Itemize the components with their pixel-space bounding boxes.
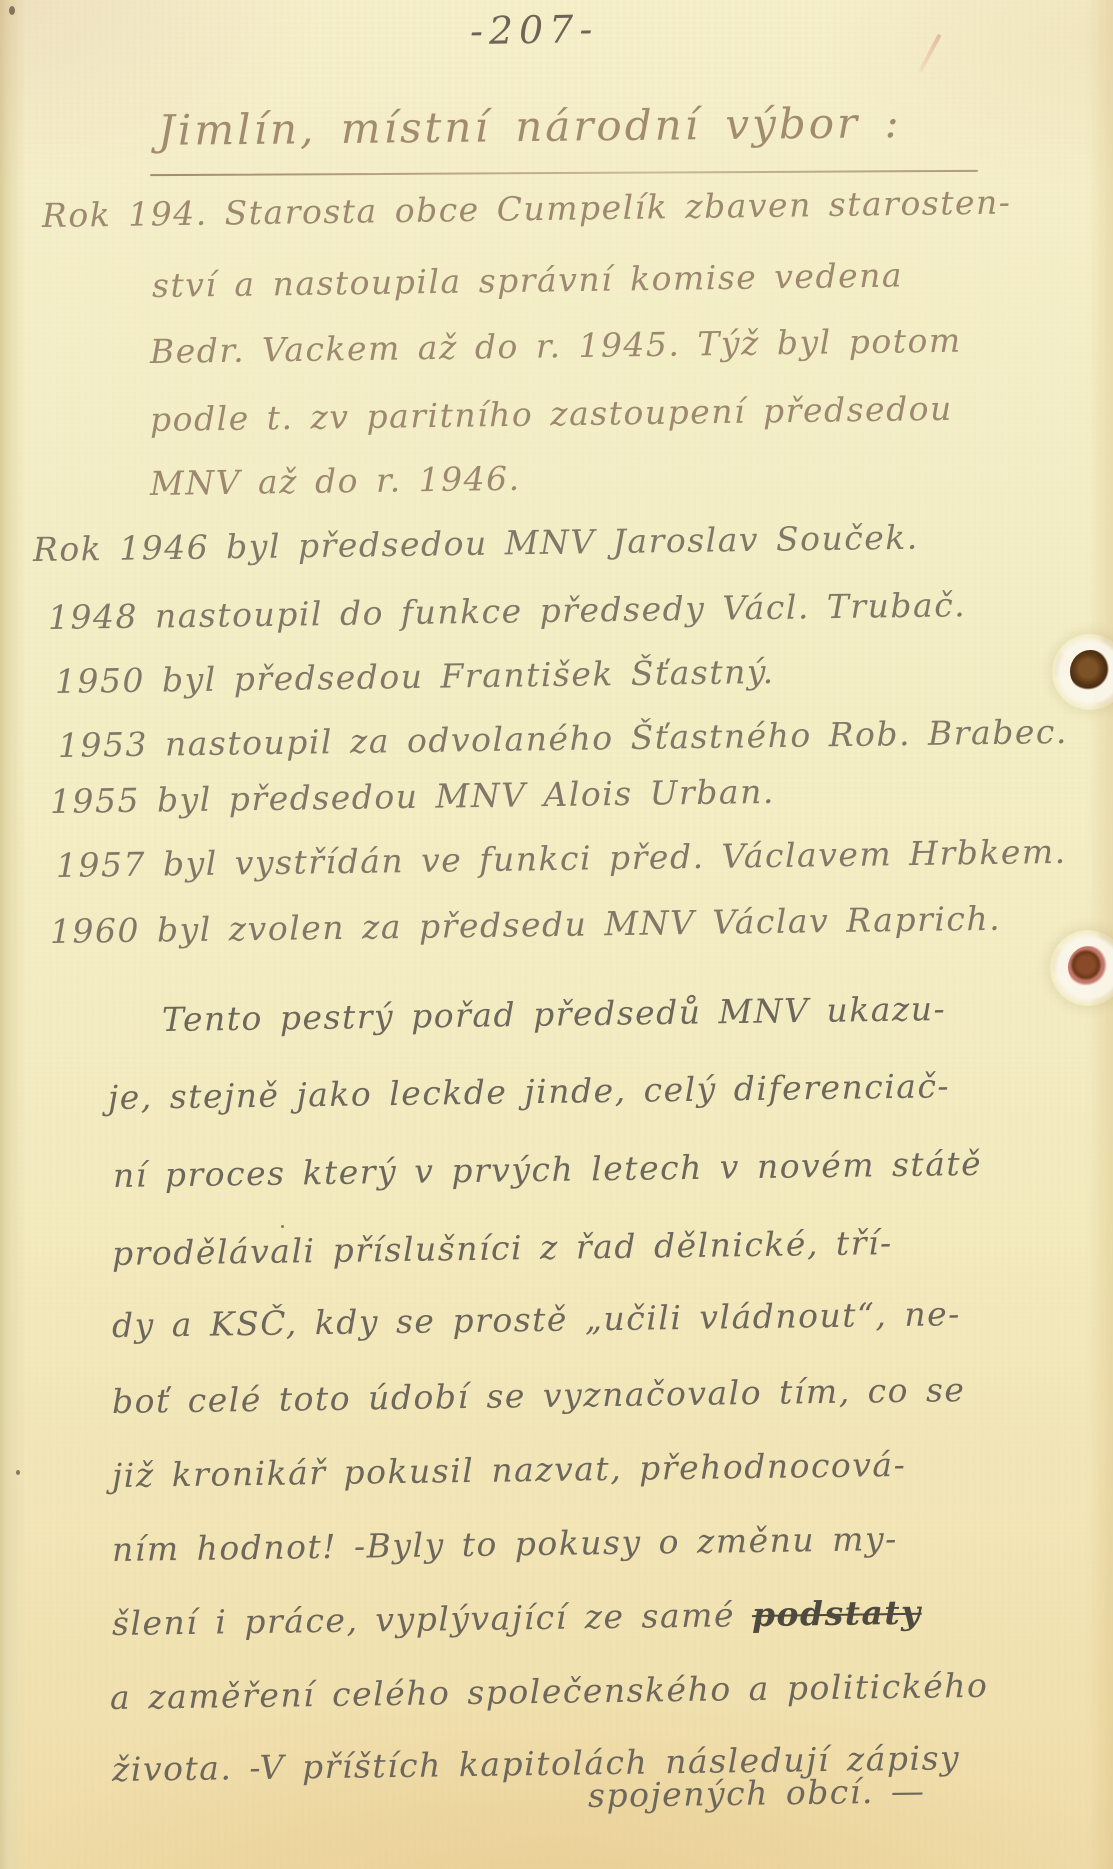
handwritten-line: ní proces který v prvých letech v novém …: [113, 1144, 983, 1196]
torn-paper-edge: [1054, 932, 1113, 1002]
line-text: šlení i práce, vyplývající ze samé: [112, 1595, 752, 1643]
chronicle-page-scan: { "page": { "number": "-207-", "title": …: [0, 0, 1113, 1869]
handwritten-line: spojených obcí. —: [588, 1771, 926, 1815]
handwritten-line: ním hodnot! -Byly to pokusy o změnu my-: [112, 1519, 898, 1570]
hole-halo: [1050, 930, 1113, 1006]
page-title: Jimlín, místní národní výbor :: [158, 98, 902, 155]
handwritten-line: Tento pestrý pořad předsedů MNV ukazu-: [162, 989, 947, 1040]
binding-hole-bottom: [1050, 930, 1113, 1006]
handwritten-line: Rok 1946 byl předsedou MNV Jaroslav Souč…: [33, 518, 919, 570]
overwritten-word: podstaty: [752, 1593, 922, 1634]
paper-speck: [9, 6, 15, 15]
handwritten-line: Bedr. Vackem až do r. 1945. Týž byl poto…: [150, 321, 962, 372]
handwritten-line: již kronikář pokusil nazvat, přehodnocov…: [112, 1445, 907, 1496]
page-number: -207-: [470, 7, 599, 53]
handwritten-line: 1960 byl zvolen za předsedu MNV Václav R…: [50, 899, 1002, 952]
handwritten-line: Rok 194. Starosta obce Cumpelík zbaven s…: [42, 182, 1012, 235]
handwritten-line: je, stejně jako leckde jinde, celý difer…: [108, 1066, 951, 1117]
handwritten-line: boť celé toto údobí se vyznačovalo tím, …: [112, 1370, 966, 1422]
handwritten-line: 1953 nastoupil za odvolaného Šťastného R…: [58, 712, 1068, 766]
handwritten-line: 1957 byl vystřídán ve funkci před. Václa…: [56, 832, 1067, 886]
handwritten-line: 1950 byl předsedou František Šťastný.: [55, 652, 775, 702]
handwritten-line: prodělávali příslušníci z řad dělnické, …: [112, 1223, 893, 1273]
handwritten-line: podle t. zv paritního zastoupení předsed…: [150, 389, 953, 440]
paper-speck: [281, 1225, 284, 1228]
hole-core: [1068, 946, 1108, 988]
handwritten-line: 1948 nastoupil do funkce předsedy Václ. …: [48, 585, 967, 637]
hole-core: [1070, 650, 1110, 692]
handwritten-line: šlení i práce, vyplývající ze samé podst…: [112, 1593, 922, 1644]
binding-hole-top: [1052, 634, 1113, 710]
handwritten-line: a zaměření celého společenského a politi…: [110, 1666, 989, 1718]
paper-speck: [16, 1470, 20, 1475]
torn-paper-edge: [1056, 636, 1113, 706]
pink-scratch-mark: [918, 34, 941, 73]
handwritten-line: ství a nastoupila správní komise vedena: [152, 256, 904, 306]
handwritten-line: 1955 byl předsedou MNV Alois Urban.: [50, 772, 775, 822]
handwritten-line: dy a KSČ, kdy se prostě „učili vládnout“…: [112, 1294, 961, 1345]
hole-halo: [1052, 634, 1113, 710]
title-underline: [150, 170, 978, 176]
handwritten-line: MNV až do r. 1946.: [150, 459, 521, 504]
